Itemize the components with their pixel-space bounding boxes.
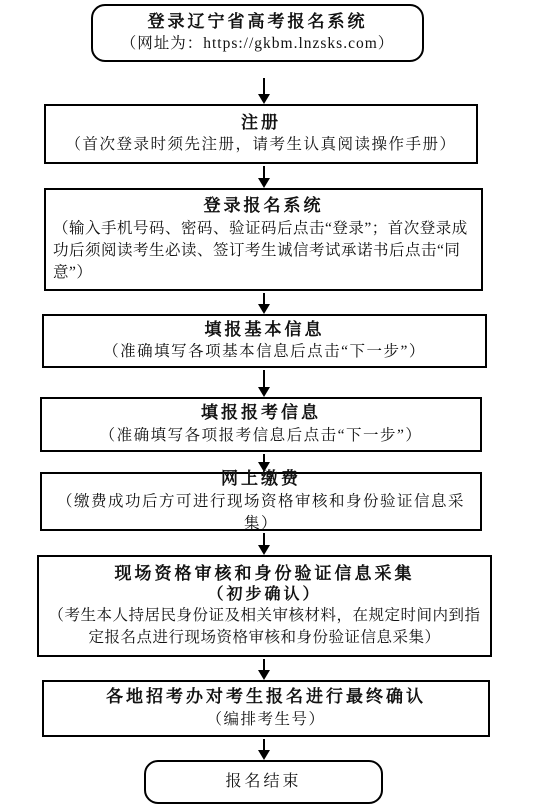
flow-node-final-confirm: 各地招考办对考生报名进行最终确认 （编排考生号） [42,680,490,737]
flow-node-register: 注册 （首次登录时须先注册，请考生认真阅读操作手册） [44,104,478,164]
arrow-line [263,739,265,750]
flow-node-basic-info: 填报基本信息 （准确填写各项基本信息后点击“下一步”） [42,314,487,368]
node-subtitle: （考生本人持居民身份证及相关审核材料，在规定时间内到指定报名点进行现场资格审核和… [39,605,490,649]
node-subtitle: （准确填写各项基本信息后点击“下一步”） [96,341,433,363]
flow-arrow-6 [258,533,270,555]
node-subtitle: （缴费成功后方可进行现场资格审核和身份验证信息采集） [42,491,480,535]
node-subtitle: （准确填写各项报考信息后点击“下一步”） [93,425,430,447]
flow-node-pay-online: 网上缴费 （缴费成功后方可进行现场资格审核和身份验证信息采集） [40,472,482,531]
flow-arrow-7 [258,659,270,680]
arrow-line [263,533,265,545]
arrow-line [263,659,265,670]
flow-arrow-1 [258,78,270,104]
arrow-line [263,166,265,178]
arrow-down-icon [258,178,270,188]
node-subtitle: （输入手机号码、密码、验证码后点击“登录”；首次登录成功后须阅读考生必读、签订考… [46,218,481,284]
flow-node-login: 登录报名系统 （输入手机号码、密码、验证码后点击“登录”；首次登录成功后须阅读考… [44,188,483,291]
arrow-line [263,370,265,387]
node-title-2: （初步确认） [207,585,321,606]
arrow-down-icon [258,670,270,680]
flowchart-canvas: 登录辽宁省高考报名系统 （网址为：https://gkbm.lnzsks.com… [0,0,540,806]
arrow-down-icon [258,94,270,104]
arrow-down-icon [258,304,270,314]
arrow-line [263,293,265,304]
node-title: 填报基本信息 [205,319,325,341]
arrow-line [263,78,265,94]
node-title: 注册 [241,112,281,134]
node-subtitle: （网址为：https://gkbm.lnzsks.com） [114,33,402,55]
node-title: 登录辽宁省高考报名系统 [148,11,368,33]
node-subtitle: （编排考生号） [199,709,332,731]
flow-node-onsite-check: 现场资格审核和身份验证信息采集 （初步确认） （考生本人持居民身份证及相关审核材… [37,555,492,657]
arrow-down-icon [258,545,270,555]
flow-arrow-4 [258,370,270,397]
arrow-line [263,454,265,462]
flow-node-start: 登录辽宁省高考报名系统 （网址为：https://gkbm.lnzsks.com… [91,4,424,62]
node-subtitle: （首次登录时须先注册，请考生认真阅读操作手册） [58,134,463,156]
flow-arrow-8 [258,739,270,760]
arrow-down-icon [258,387,270,397]
flow-arrow-3 [258,293,270,314]
node-title: 各地招考办对考生报名进行最终确认 [106,686,426,708]
node-title: 现场资格审核和身份验证信息采集 [115,563,415,585]
flow-node-end: 报名结束 [144,760,383,804]
node-title: 报名结束 [225,772,301,793]
node-title: 填报报考信息 [201,402,321,424]
flow-node-exam-info: 填报报考信息 （准确填写各项报考信息后点击“下一步”） [40,397,482,452]
flow-arrow-2 [258,166,270,188]
arrow-down-icon [258,750,270,760]
node-title: 网上缴费 [221,468,301,490]
node-title: 登录报名系统 [204,195,324,217]
